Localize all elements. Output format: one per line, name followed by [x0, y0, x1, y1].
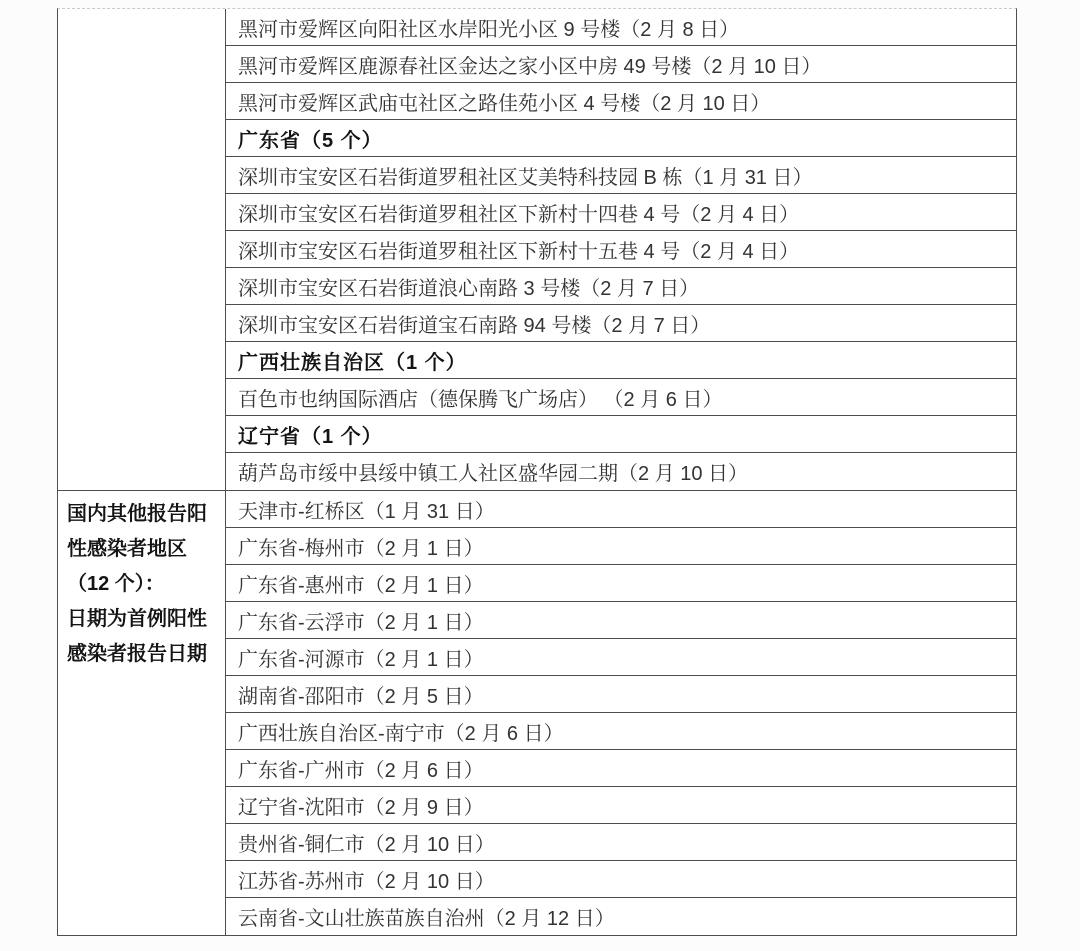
locations-table: 黑河市爱辉区向阳社区水岸阳光小区 9 号楼（2 月 8 日）黑河市爱辉区鹿源春社…: [57, 8, 1017, 936]
section-risk-area-locations: 黑河市爱辉区向阳社区水岸阳光小区 9 号楼（2 月 8 日）黑河市爱辉区鹿源春社…: [58, 9, 1016, 491]
location-entry: 广东省-云浮市（2 月 1 日）: [238, 606, 484, 635]
table-row: 深圳市宝安区石岩街道浪心南路 3 号楼（2 月 7 日）: [226, 268, 1016, 305]
table-row: 深圳市宝安区石岩街道罗租社区艾美特科技园 B 栋（1 月 31 日）: [226, 157, 1016, 194]
table-row: 黑河市爱辉区鹿源春社区金达之家小区中房 49 号楼（2 月 10 日）: [226, 46, 1016, 83]
table-row: 云南省-文山壮族苗族自治州（2 月 12 日）: [226, 898, 1016, 935]
location-entry: 黑河市爱辉区武庙屯社区之路佳苑小区 4 号楼（2 月 10 日）: [238, 87, 770, 116]
section-header-text: [58, 9, 225, 15]
location-entry: 广东省-广州市（2 月 6 日）: [238, 754, 484, 783]
location-entry: 深圳市宝安区石岩街道罗租社区下新村十五巷 4 号（2 月 4 日）: [238, 235, 799, 264]
location-entry: 百色市也纳国际酒店（德保腾飞广场店） （2 月 6 日）: [238, 383, 722, 412]
table-row: 广东省-广州市（2 月 6 日）: [226, 750, 1016, 787]
table-row: 广西壮族自治区-南宁市（2 月 6 日）: [226, 713, 1016, 750]
section-header-cell-empty: [58, 9, 226, 490]
section-rows: 黑河市爱辉区向阳社区水岸阳光小区 9 号楼（2 月 8 日）黑河市爱辉区鹿源春社…: [226, 9, 1016, 490]
table-row: 贵州省-铜仁市（2 月 10 日）: [226, 824, 1016, 861]
location-entry: 广东省-梅州市（2 月 1 日）: [238, 532, 484, 561]
table-row: 深圳市宝安区石岩街道罗租社区下新村十五巷 4 号（2 月 4 日）: [226, 231, 1016, 268]
table-row: 百色市也纳国际酒店（德保腾飞广场店） （2 月 6 日）: [226, 379, 1016, 416]
province-group-header: 广西壮族自治区（1 个）: [238, 346, 467, 375]
location-entry: 广西壮族自治区-南宁市（2 月 6 日）: [238, 717, 564, 746]
table-row: 广东省（5 个）: [226, 120, 1016, 157]
table-row: 辽宁省-沈阳市（2 月 9 日）: [226, 787, 1016, 824]
table-row: 黑河市爱辉区武庙屯社区之路佳苑小区 4 号楼（2 月 10 日）: [226, 83, 1016, 120]
location-entry: 深圳市宝安区石岩街道浪心南路 3 号楼（2 月 7 日）: [238, 272, 699, 301]
table-row: 天津市-红桥区（1 月 31 日）: [226, 491, 1016, 528]
table-row: 深圳市宝安区石岩街道宝石南路 94 号楼（2 月 7 日）: [226, 305, 1016, 342]
location-entry: 湖南省-邵阳市（2 月 5 日）: [238, 680, 484, 709]
table-row: 广西壮族自治区（1 个）: [226, 342, 1016, 379]
table-row: 湖南省-邵阳市（2 月 5 日）: [226, 676, 1016, 713]
location-entry: 贵州省-铜仁市（2 月 10 日）: [238, 828, 495, 857]
table-row: 深圳市宝安区石岩街道罗租社区下新村十四巷 4 号（2 月 4 日）: [226, 194, 1016, 231]
province-group-header: 辽宁省（1 个）: [238, 420, 383, 449]
table-row: 葫芦岛市绥中县绥中镇工人社区盛华园二期（2 月 10 日）: [226, 453, 1016, 490]
location-entry: 深圳市宝安区石岩街道宝石南路 94 号楼（2 月 7 日）: [238, 309, 710, 338]
location-entry: 辽宁省-沈阳市（2 月 9 日）: [238, 791, 484, 820]
location-entry: 葫芦岛市绥中县绥中镇工人社区盛华园二期（2 月 10 日）: [238, 457, 748, 486]
location-entry: 广东省-河源市（2 月 1 日）: [238, 643, 484, 672]
location-entry: 深圳市宝安区石岩街道罗租社区下新村十四巷 4 号（2 月 4 日）: [238, 198, 799, 227]
location-entry: 江苏省-苏州市（2 月 10 日）: [238, 865, 495, 894]
page: 黑河市爱辉区向阳社区水岸阳光小区 9 号楼（2 月 8 日）黑河市爱辉区鹿源春社…: [0, 0, 1080, 951]
table-row: 广东省-梅州市（2 月 1 日）: [226, 528, 1016, 565]
location-entry: 广东省-惠州市（2 月 1 日）: [238, 569, 484, 598]
table-row: 广东省-云浮市（2 月 1 日）: [226, 602, 1016, 639]
section-rows: 天津市-红桥区（1 月 31 日）广东省-梅州市（2 月 1 日）广东省-惠州市…: [226, 491, 1016, 935]
table-row: 黑河市爱辉区向阳社区水岸阳光小区 9 号楼（2 月 8 日）: [226, 9, 1016, 46]
section-header-cell: 国内其他报告阳性感染者地区 （12 个）： 日期为首例阳性感染者报告日期: [58, 491, 226, 935]
table-row: 广东省-河源市（2 月 1 日）: [226, 639, 1016, 676]
location-entry: 云南省-文山壮族苗族自治州（2 月 12 日）: [238, 902, 615, 931]
table-row: 江苏省-苏州市（2 月 10 日）: [226, 861, 1016, 898]
section-header-text: 国内其他报告阳性感染者地区 （12 个）： 日期为首例阳性感染者报告日期: [58, 491, 225, 672]
table-row: 广东省-惠州市（2 月 1 日）: [226, 565, 1016, 602]
location-entry: 黑河市爱辉区鹿源春社区金达之家小区中房 49 号楼（2 月 10 日）: [238, 50, 821, 79]
location-entry: 黑河市爱辉区向阳社区水岸阳光小区 9 号楼（2 月 8 日）: [238, 13, 739, 42]
table-row: 辽宁省（1 个）: [226, 416, 1016, 453]
location-entry: 深圳市宝安区石岩街道罗租社区艾美特科技园 B 栋（1 月 31 日）: [238, 161, 813, 190]
province-group-header: 广东省（5 个）: [238, 124, 383, 153]
location-entry: 天津市-红桥区（1 月 31 日）: [238, 495, 495, 524]
section-other-positive-areas: 国内其他报告阳性感染者地区 （12 个）： 日期为首例阳性感染者报告日期 天津市…: [58, 491, 1016, 935]
